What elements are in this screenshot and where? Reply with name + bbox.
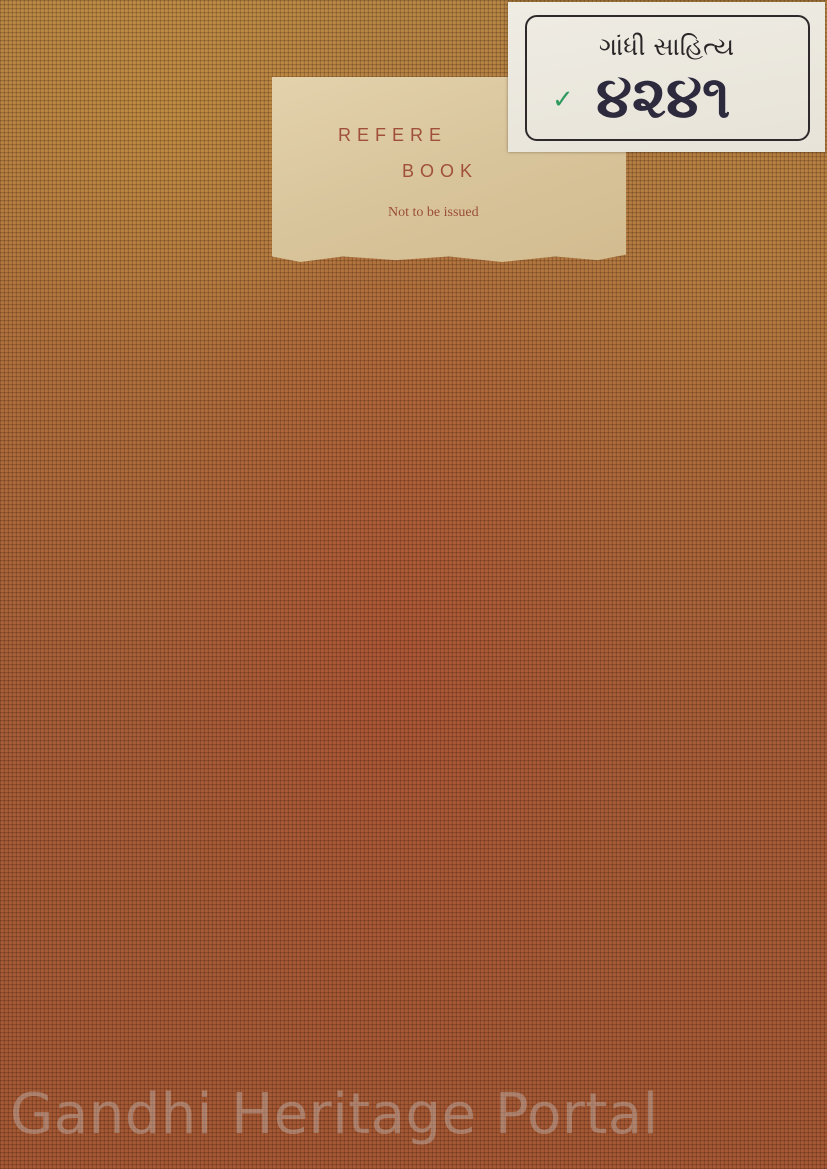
check-mark-icon: ✓ [552,85,574,115]
accession-label-title: ગાંધી સાહિત્ય [508,32,825,62]
reference-label-note: Not to be issued [388,205,479,221]
portal-watermark: Gandhi Heritage Portal [10,1082,820,1147]
accession-number-label: ગાંધી સાહિત્ય ✓ ૪૨૪૧ [508,2,825,152]
accession-number: ૪૨૪૧ [596,68,730,126]
